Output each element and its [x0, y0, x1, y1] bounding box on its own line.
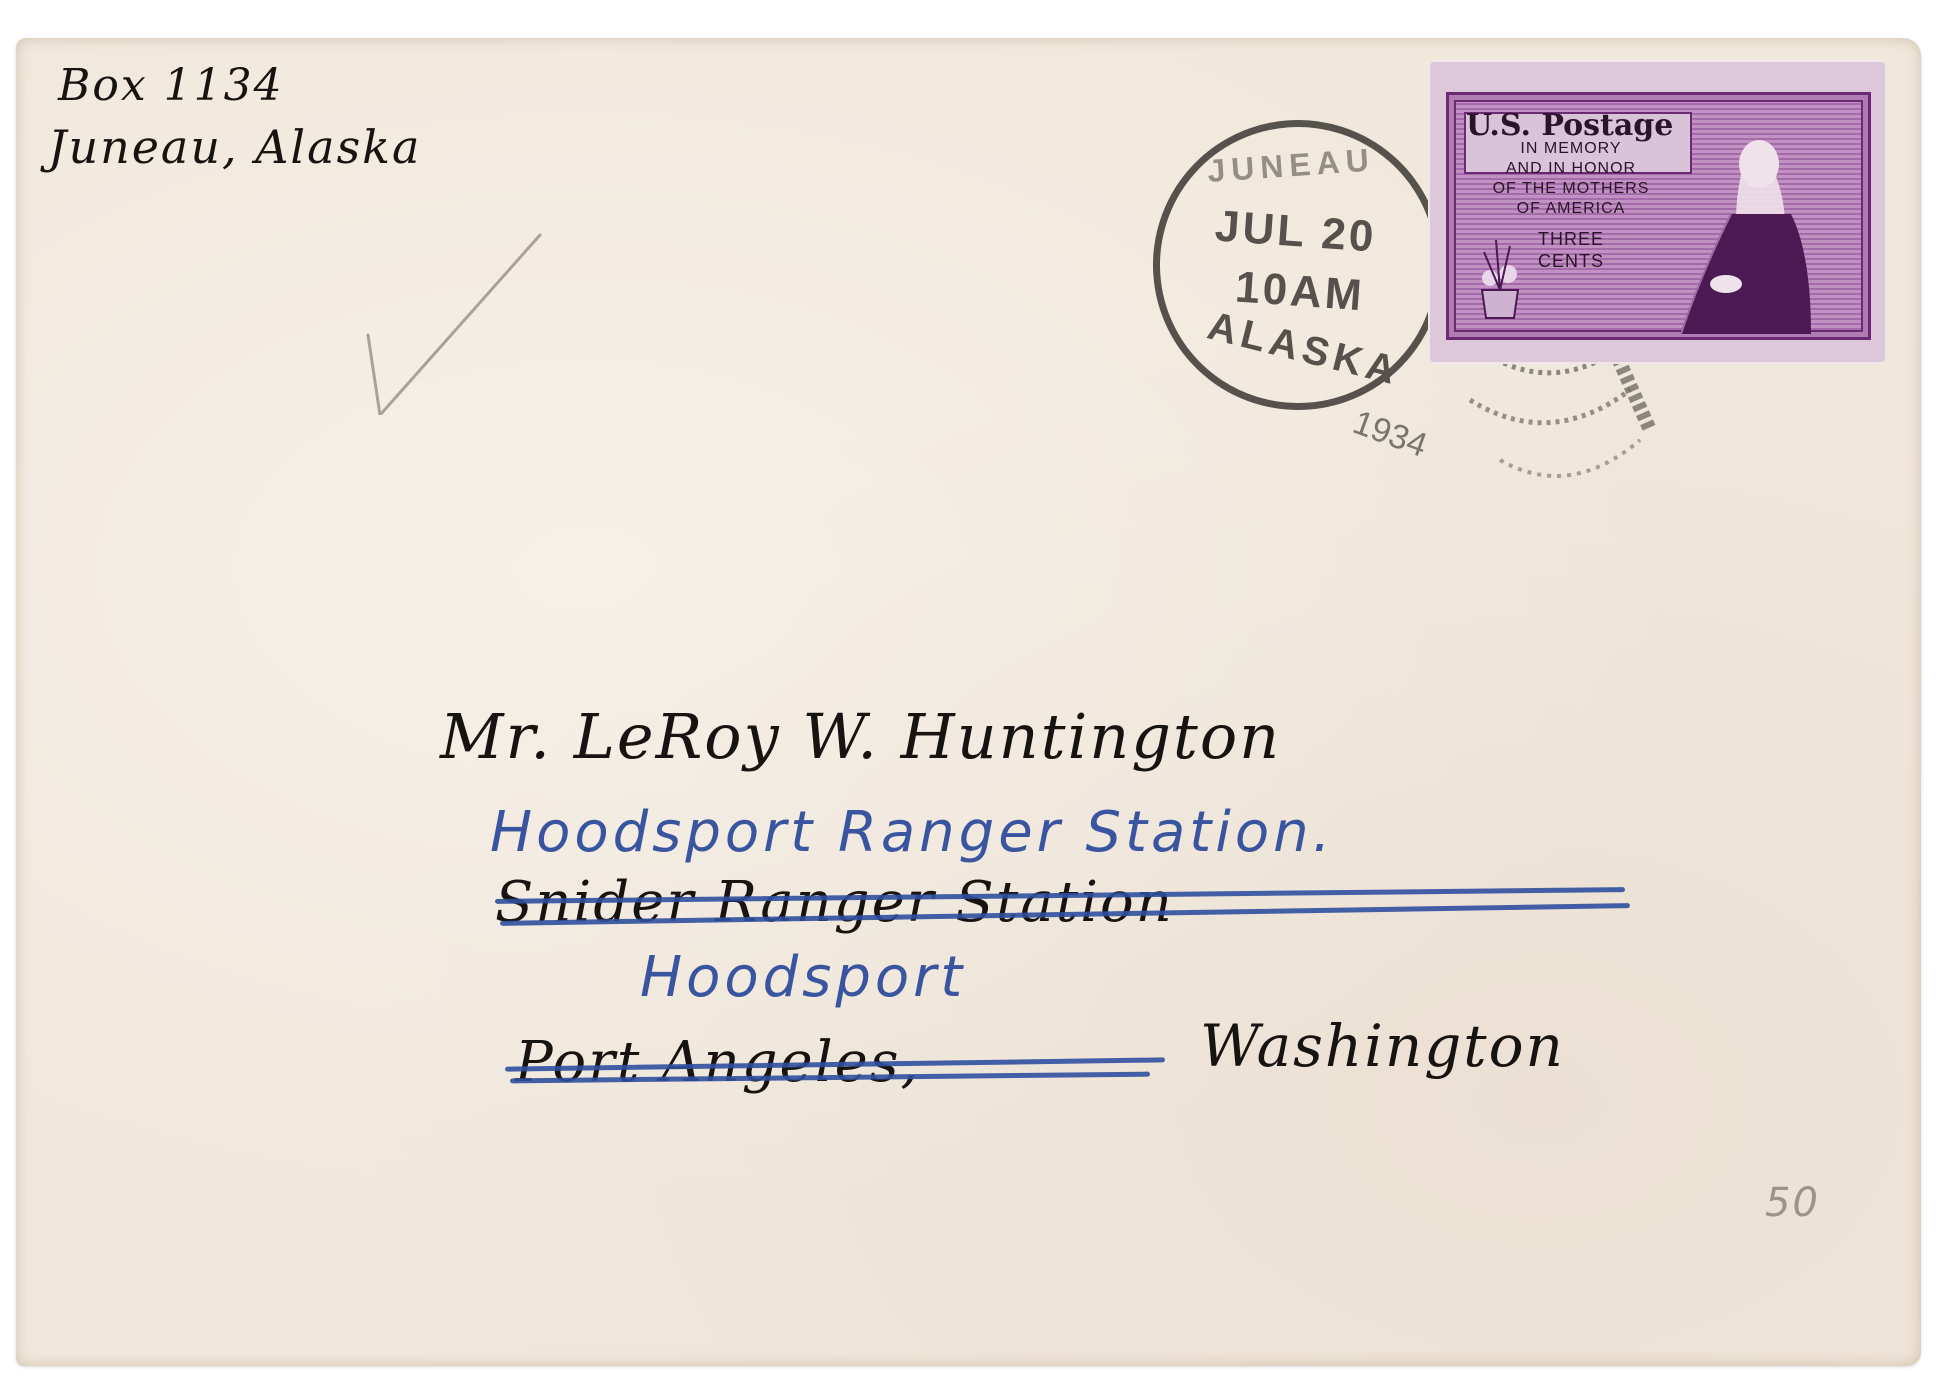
stamp-denomination: THREE [1466, 230, 1676, 248]
return-address-box: Box 1134 [58, 60, 284, 111]
stamp-line: OF THE MOTHERS [1466, 180, 1676, 198]
stamp-line: OF AMERICA [1466, 200, 1676, 218]
stamp-title: U.S. Postage [1466, 108, 1673, 143]
checkmark-icon [360, 215, 560, 415]
seated-mother-figure-icon [1671, 134, 1821, 344]
stamp-denomination: CENTS [1466, 252, 1676, 270]
postage-stamp: U.S. Postage IN MEMORY AND IN HONOR OF T… [1430, 62, 1885, 362]
recipient-state: Washington [1200, 1012, 1565, 1080]
return-address-city: Juneau, Alaska [48, 120, 421, 174]
recipient-name: Mr. LeRoy W. Huntington [440, 700, 1281, 773]
stamp-line: IN MEMORY [1466, 140, 1676, 158]
stamp-line: AND IN HONOR [1466, 160, 1676, 178]
recipient-added-line-1: Hoodsport Ranger Station. [490, 800, 1334, 865]
postmark-date: JUL 20 [1156, 198, 1435, 267]
recipient-added-line-2: Hoodsport [640, 945, 966, 1010]
pencil-note: 50 [1765, 1180, 1820, 1226]
